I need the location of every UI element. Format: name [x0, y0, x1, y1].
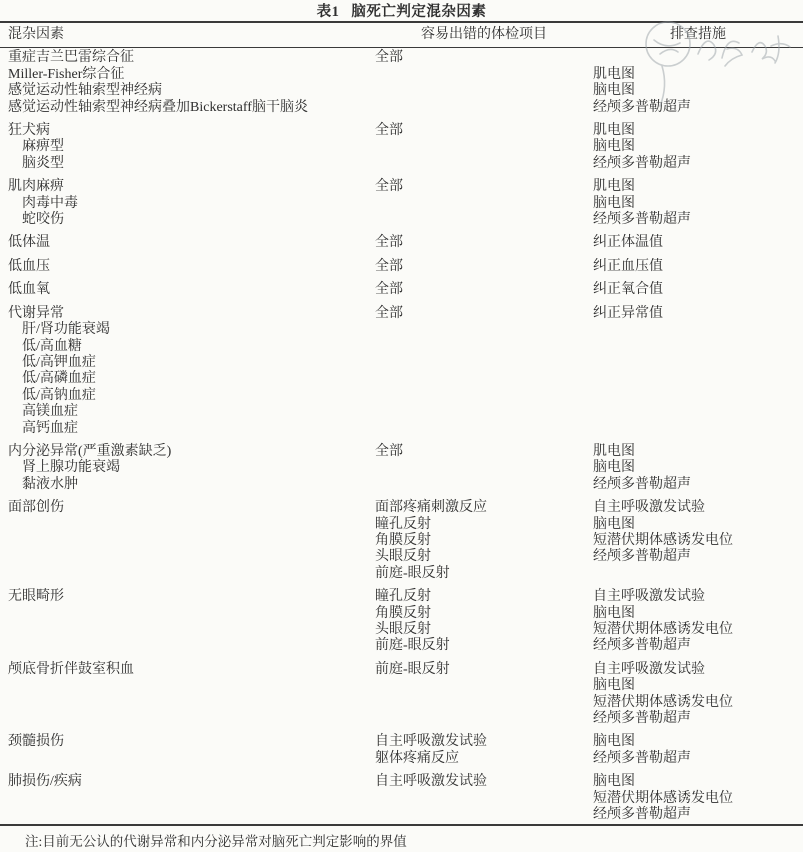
table-row-group: 代谢异常肝/肾功能衰竭低/高血糖低/高钾血症低/高磷血症低/高钠血症高镁血症高钙…	[0, 306, 803, 437]
measure-cell: 短潜伏期体感诱发电位	[593, 533, 803, 549]
table-body: 重症吉兰巴雷综合征Miller-Fisher综合征感觉运动性轴索型神经病感觉运动…	[0, 48, 803, 824]
measure-cell: 短潜伏期体感诱发电位	[593, 622, 803, 638]
table-row-group: 重症吉兰巴雷综合征Miller-Fisher综合征感觉运动性轴索型神经病感觉运动…	[0, 50, 803, 116]
factor-cell: 重症吉兰巴雷综合征	[0, 50, 375, 66]
factor-column: 代谢异常肝/肾功能衰竭低/高血糖低/高钾血症低/高磷血症低/高钠血症高镁血症高钙…	[0, 306, 375, 437]
measure-cell: 肌电图	[593, 179, 803, 195]
table-row-group: 颈髓损伤自主呼吸激发试验躯体疼痛反应脑电图经颅多普勒超声	[0, 734, 803, 767]
exam-item-cell: 全部	[375, 179, 593, 195]
measure-column: 脑电图短潜伏期体感诱发电位经颅多普勒超声	[593, 774, 803, 823]
factor-cell: 低血氧	[0, 282, 375, 298]
exam-item-column: 自主呼吸激发试验躯体疼痛反应	[375, 734, 593, 767]
table-row-group: 无眼畸形瞳孔反射角膜反射头眼反射前庭-眼反射自主呼吸激发试验脑电图短潜伏期体感诱…	[0, 589, 803, 655]
factor-cell: 蛇咬伤	[0, 212, 375, 228]
measure-column: 脑电图经颅多普勒超声	[593, 734, 803, 767]
table-row-group: 肺损伤/疾病自主呼吸激发试验脑电图短潜伏期体感诱发电位经颅多普勒超声	[0, 774, 803, 823]
factor-cell: 肾上腺功能衰竭	[0, 460, 375, 476]
factor-cell: 低体温	[0, 235, 375, 251]
factor-column: 颈髓损伤	[0, 734, 375, 767]
exam-item-cell: 面部疼痛刺激反应	[375, 500, 593, 516]
table-row-group: 肌肉麻痹肉毒中毒蛇咬伤全部肌电图脑电图经颅多普勒超声	[0, 179, 803, 228]
exam-item-column: 全部	[375, 306, 593, 437]
factor-cell: 低/高钠血症	[0, 388, 375, 404]
measure-cell: 纠正氧合值	[593, 282, 803, 298]
measure-cell: 脑电图	[593, 83, 803, 99]
factor-cell: 高钙血症	[0, 421, 375, 437]
measure-cell: 自主呼吸激发试验	[593, 662, 803, 678]
exam-item-column: 全部	[375, 282, 593, 298]
exam-item-cell: 全部	[375, 235, 593, 251]
factor-cell: 感觉运动性轴索型神经病叠加Bickerstaff脑干脑炎	[0, 100, 375, 116]
factor-cell: 颅底骨折伴鼓室积血	[0, 662, 375, 678]
measure-cell: 经颅多普勒超声	[593, 549, 803, 565]
factor-cell: 感觉运动性轴索型神经病	[0, 83, 375, 99]
exam-item-column: 全部	[375, 259, 593, 275]
factor-cell: 肉毒中毒	[0, 196, 375, 212]
factor-cell: 颈髓损伤	[0, 734, 375, 750]
measure-cell: 脑电图	[593, 196, 803, 212]
table-row-group: 颅底骨折伴鼓室积血前庭-眼反射自主呼吸激发试验脑电图短潜伏期体感诱发电位经颅多普…	[0, 662, 803, 728]
table-row-group: 面部创伤面部疼痛刺激反应瞳孔反射角膜反射头眼反射前庭-眼反射自主呼吸激发试验脑电…	[0, 500, 803, 582]
factor-column: 狂犬病麻痹型脑炎型	[0, 123, 375, 172]
measure-column: 自主呼吸激发试验脑电图短潜伏期体感诱发电位经颅多普勒超声	[593, 662, 803, 728]
factor-column: 颅底骨折伴鼓室积血	[0, 662, 375, 728]
measure-cell: 纠正血压值	[593, 259, 803, 275]
factor-column: 低体温	[0, 235, 375, 251]
exam-item-cell: 瞳孔反射	[375, 517, 593, 533]
measure-cell: 经颅多普勒超声	[593, 711, 803, 727]
measure-column: 纠正血压值	[593, 259, 803, 275]
factor-column: 无眼畸形	[0, 589, 375, 655]
factor-cell: 无眼畸形	[0, 589, 375, 605]
exam-item-column: 全部	[375, 50, 593, 116]
measure-cell: 脑电图	[593, 460, 803, 476]
measure-cell: 经颅多普勒超声	[593, 156, 803, 172]
table-row-group: 内分泌异常(严重激素缺乏)肾上腺功能衰竭黏液水肿全部肌电图脑电图经颅多普勒超声	[0, 444, 803, 493]
factor-cell: 低血压	[0, 259, 375, 275]
factor-cell: 黏液水肿	[0, 477, 375, 493]
factor-cell: 低/高钾血症	[0, 355, 375, 371]
exam-item-cell: 全部	[375, 306, 593, 322]
measure-column: 纠正异常值	[593, 306, 803, 437]
exam-item-column: 全部	[375, 123, 593, 172]
table-row-group: 低血压全部纠正血压值	[0, 259, 803, 275]
measure-cell: 经颅多普勒超声	[593, 100, 803, 116]
factor-cell: 面部创伤	[0, 500, 375, 516]
exam-item-cell: 头眼反射	[375, 549, 593, 565]
measure-cell: 短潜伏期体感诱发电位	[593, 791, 803, 807]
measure-cell: 肌电图	[593, 67, 803, 83]
measure-cell: 自主呼吸激发试验	[593, 589, 803, 605]
table-row-group: 低体温全部纠正体温值	[0, 235, 803, 251]
measure-cell: 经颅多普勒超声	[593, 807, 803, 823]
factor-cell: 肝/肾功能衰竭	[0, 322, 375, 338]
factor-cell: 代谢异常	[0, 306, 375, 322]
exam-item-cell: 角膜反射	[375, 606, 593, 622]
exam-item-cell: 前庭-眼反射	[375, 662, 593, 678]
factor-column: 重症吉兰巴雷综合征Miller-Fisher综合征感觉运动性轴索型神经病感觉运动…	[0, 50, 375, 116]
factor-cell: 肺损伤/疾病	[0, 774, 375, 790]
factor-column: 内分泌异常(严重激素缺乏)肾上腺功能衰竭黏液水肿	[0, 444, 375, 493]
measure-cell: 经颅多普勒超声	[593, 638, 803, 654]
measure-column: 纠正体温值	[593, 235, 803, 251]
measure-cell: 纠正异常值	[593, 306, 803, 322]
exam-item-column: 全部	[375, 444, 593, 493]
measure-cell: 脑电图	[593, 139, 803, 155]
measure-cell: 脑电图	[593, 774, 803, 790]
measure-cell: 脑电图	[593, 606, 803, 622]
factor-column: 肌肉麻痹肉毒中毒蛇咬伤	[0, 179, 375, 228]
factor-cell: 内分泌异常(严重激素缺乏)	[0, 444, 375, 460]
factor-column: 肺损伤/疾病	[0, 774, 375, 823]
exam-item-cell: 前庭-眼反射	[375, 566, 593, 582]
measure-cell: 经颅多普勒超声	[593, 751, 803, 767]
exam-item-cell: 躯体疼痛反应	[375, 751, 593, 767]
factor-column: 低血氧	[0, 282, 375, 298]
exam-item-cell: 全部	[375, 123, 593, 139]
factor-cell: Miller-Fisher综合征	[0, 67, 375, 83]
measure-cell: 经颅多普勒超声	[593, 212, 803, 228]
exam-item-column: 全部	[375, 179, 593, 228]
measure-cell: 肌电图	[593, 444, 803, 460]
measure-cell: 短潜伏期体感诱发电位	[593, 695, 803, 711]
exam-item-column: 前庭-眼反射	[375, 662, 593, 728]
measure-cell: 经颅多普勒超声	[593, 477, 803, 493]
column-header-exam-items: 容易出错的体检项目	[375, 27, 593, 43]
exam-item-cell: 全部	[375, 259, 593, 275]
factor-cell: 高镁血症	[0, 404, 375, 420]
exam-item-cell: 全部	[375, 444, 593, 460]
measure-cell: 脑电图	[593, 734, 803, 750]
exam-item-column: 瞳孔反射角膜反射头眼反射前庭-眼反射	[375, 589, 593, 655]
exam-item-column: 全部	[375, 235, 593, 251]
measure-column: 肌电图脑电图经颅多普勒超声	[593, 50, 803, 116]
table-title: 脑死亡判定混杂因素	[351, 0, 486, 21]
exam-item-cell: 前庭-眼反射	[375, 638, 593, 654]
scanned-document-page: { "colors": { "background": "#fbfbf8", "…	[0, 0, 803, 852]
exam-item-cell: 头眼反射	[375, 622, 593, 638]
measure-cell: 脑电图	[593, 678, 803, 694]
factor-cell: 狂犬病	[0, 123, 375, 139]
measure-column: 自主呼吸激发试验脑电图短潜伏期体感诱发电位经颅多普勒超声	[593, 589, 803, 655]
factor-cell: 低/高磷血症	[0, 371, 375, 387]
measure-column: 肌电图脑电图经颅多普勒超声	[593, 179, 803, 228]
column-header-confounding-factor: 混杂因素	[0, 27, 375, 43]
measure-cell: 脑电图	[593, 517, 803, 533]
table-row-group: 低血氧全部纠正氧合值	[0, 282, 803, 298]
measure-cell: 纠正体温值	[593, 235, 803, 251]
exam-item-column: 自主呼吸激发试验	[375, 774, 593, 823]
table-row-group: 狂犬病麻痹型脑炎型全部肌电图脑电图经颅多普勒超声	[0, 123, 803, 172]
column-header-screening-measures: 排查措施	[593, 27, 803, 43]
factor-cell: 脑炎型	[0, 156, 375, 172]
exam-item-column: 面部疼痛刺激反应瞳孔反射角膜反射头眼反射前庭-眼反射	[375, 500, 593, 582]
table-number: 表1	[317, 0, 340, 21]
exam-item-cell: 全部	[375, 282, 593, 298]
exam-item-cell: 自主呼吸激发试验	[375, 774, 593, 790]
table-caption: 表1 脑死亡判定混杂因素	[0, 0, 803, 21]
measure-cell: 肌电图	[593, 123, 803, 139]
measure-column: 肌电图脑电图经颅多普勒超声	[593, 123, 803, 172]
factor-cell: 低/高血糖	[0, 339, 375, 355]
exam-item-cell: 全部	[375, 50, 593, 66]
table-header-row: 混杂因素 容易出错的体检项目 排查措施	[0, 23, 803, 48]
table-footnote: 注:目前无公认的代谢异常和内分泌异常对脑死亡判定影响的界值	[0, 833, 803, 850]
factor-cell: 麻痹型	[0, 139, 375, 155]
measure-cell	[593, 50, 803, 66]
exam-item-cell: 角膜反射	[375, 533, 593, 549]
measure-column: 自主呼吸激发试验脑电图短潜伏期体感诱发电位经颅多普勒超声	[593, 500, 803, 582]
measure-column: 肌电图脑电图经颅多普勒超声	[593, 444, 803, 493]
measure-cell: 自主呼吸激发试验	[593, 500, 803, 516]
factor-column: 低血压	[0, 259, 375, 275]
exam-item-cell: 瞳孔反射	[375, 589, 593, 605]
factor-cell: 肌肉麻痹	[0, 179, 375, 195]
exam-item-cell: 自主呼吸激发试验	[375, 734, 593, 750]
factor-column: 面部创伤	[0, 500, 375, 582]
three-line-table: 混杂因素 容易出错的体检项目 排查措施 重症吉兰巴雷综合征Miller-Fish…	[0, 21, 803, 826]
measure-column: 纠正氧合值	[593, 282, 803, 298]
